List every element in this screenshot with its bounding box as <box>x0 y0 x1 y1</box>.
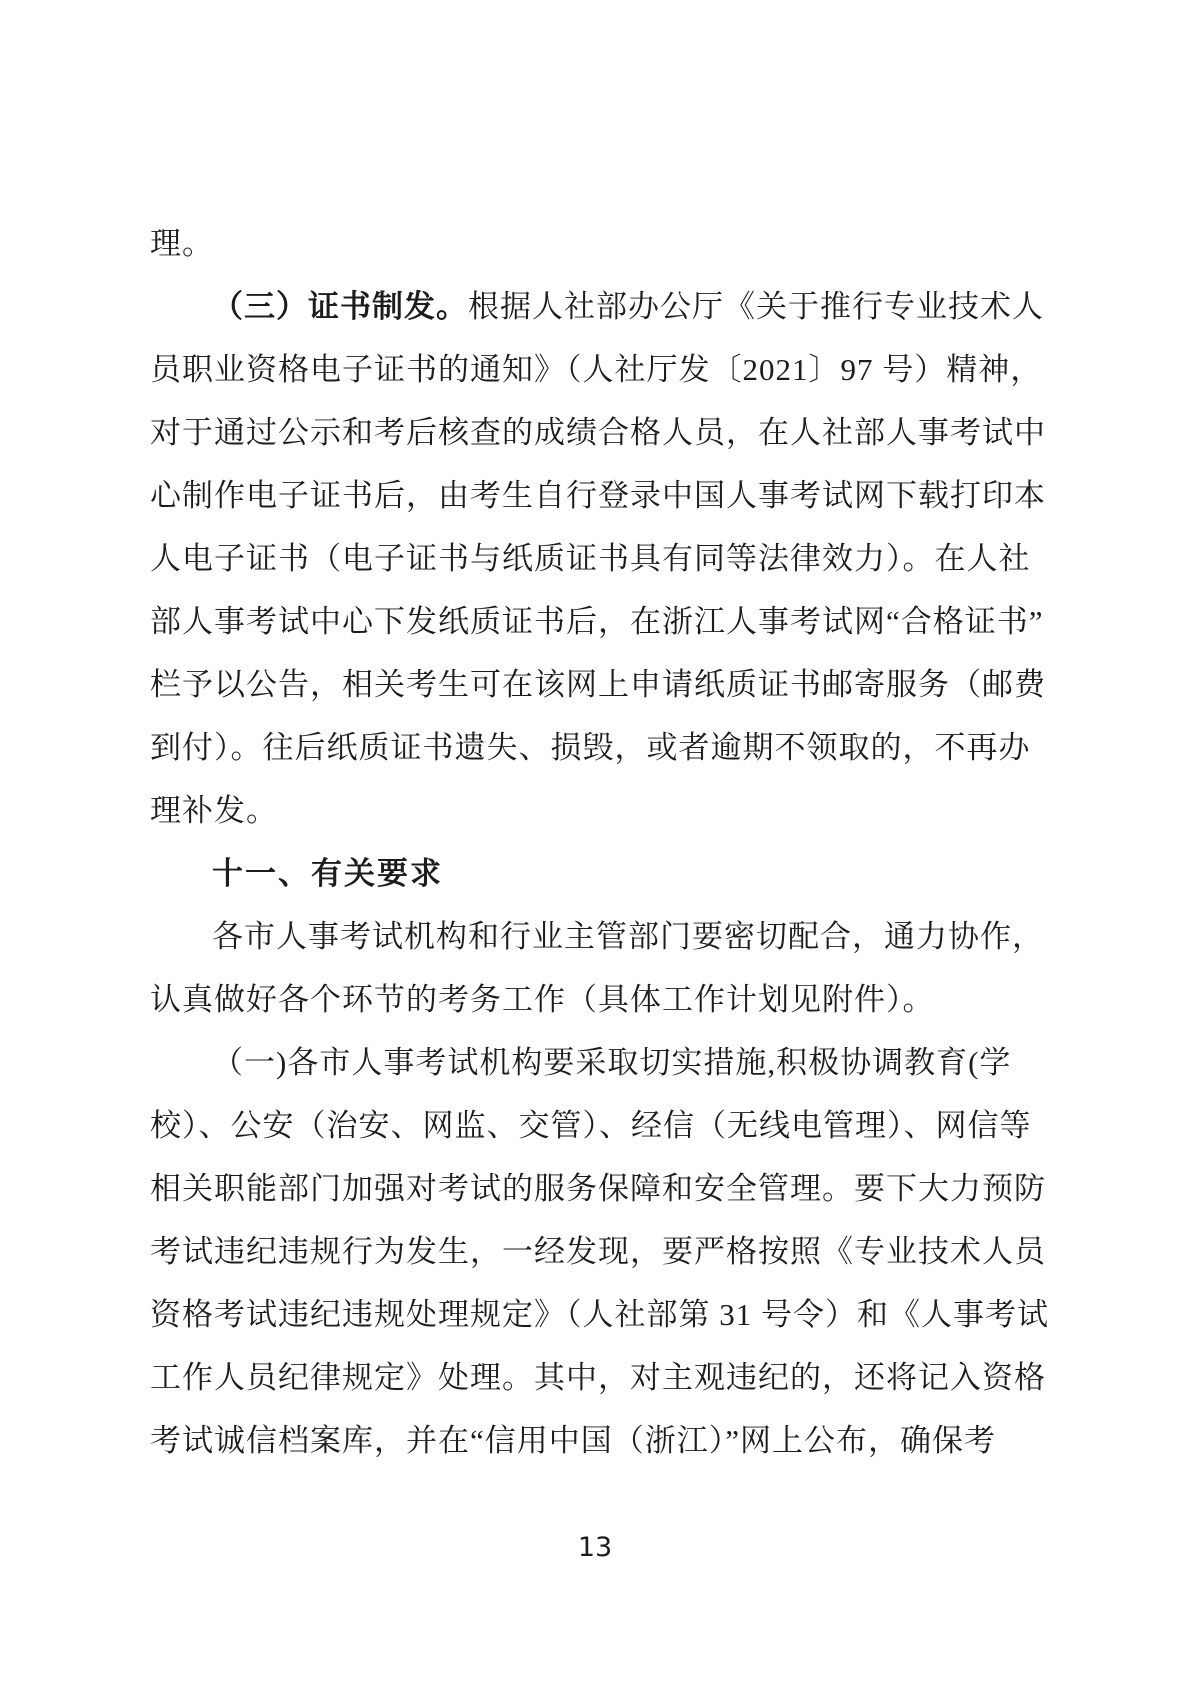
doc-line: 到付）。往后纸质证书遗失、损毁，或者逾期不领取的，不再办 <box>150 716 1045 779</box>
doc-line: 认真做好各个环节的考务工作（具体工作计划见附件）。 <box>150 968 1045 1031</box>
doc-line-text: 根据人社部办公厅《关于推行专业技术人 <box>468 289 1044 324</box>
doc-line: （一)各市人事考试机构要采取切实措施,积极协调教育(学 <box>150 1031 1045 1094</box>
doc-line: 校）、公安（治安、网监、交管）、经信（无线电管理）、网信等 <box>150 1094 1045 1157</box>
doc-line: 资格考试违纪违规处理规定》（人社部第 31 号令）和《人事考试 <box>150 1283 1045 1346</box>
doc-line: 人电子证书（电子证书与纸质证书具有同等法律效力）。在人社 <box>150 527 1045 590</box>
document-page: 理。 （三）证书制发。根据人社部办公厅《关于推行专业技术人 员职业资格电子证书的… <box>0 0 1190 1683</box>
doc-line: 心制作电子证书后，由考生自行登录中国人事考试网下载打印本 <box>150 464 1045 527</box>
section-heading-11: 十一、有关要求 <box>150 842 1045 905</box>
page-number: 13 <box>0 1532 1190 1563</box>
doc-line: 相关职能部门加强对考试的服务保障和安全管理。要下大力预防 <box>150 1157 1045 1220</box>
doc-line: 员职业资格电子证书的通知》（人社厅发〔2021〕97 号）精神， <box>150 338 1045 401</box>
doc-line: 理。 <box>150 212 1045 275</box>
doc-line: 对于通过公示和考后核查的成绩合格人员，在人社部人事考试中 <box>150 401 1045 464</box>
doc-line: 考试违纪违规行为发生，一经发现，要严格按照《专业技术人员 <box>150 1220 1045 1283</box>
doc-line: 考试诚信档案库，并在“信用中国（浙江）”网上公布，确保考 <box>150 1409 1045 1472</box>
doc-line: （三）证书制发。根据人社部办公厅《关于推行专业技术人 <box>150 275 1045 338</box>
subsection-3-label: （三）证书制发。 <box>212 289 468 324</box>
doc-line: 各市人事考试机构和行业主管部门要密切配合，通力协作， <box>150 905 1045 968</box>
doc-line: 部人事考试中心下发纸质证书后，在浙江人事考试网“合格证书” <box>150 590 1045 653</box>
doc-line: 理补发。 <box>150 779 1045 842</box>
document-body: 理。 （三）证书制发。根据人社部办公厅《关于推行专业技术人 员职业资格电子证书的… <box>150 212 1045 1472</box>
doc-line: 工作人员纪律规定》处理。其中，对主观违纪的，还将记入资格 <box>150 1346 1045 1409</box>
doc-line: 栏予以公告，相关考生可在该网上申请纸质证书邮寄服务（邮费 <box>150 653 1045 716</box>
